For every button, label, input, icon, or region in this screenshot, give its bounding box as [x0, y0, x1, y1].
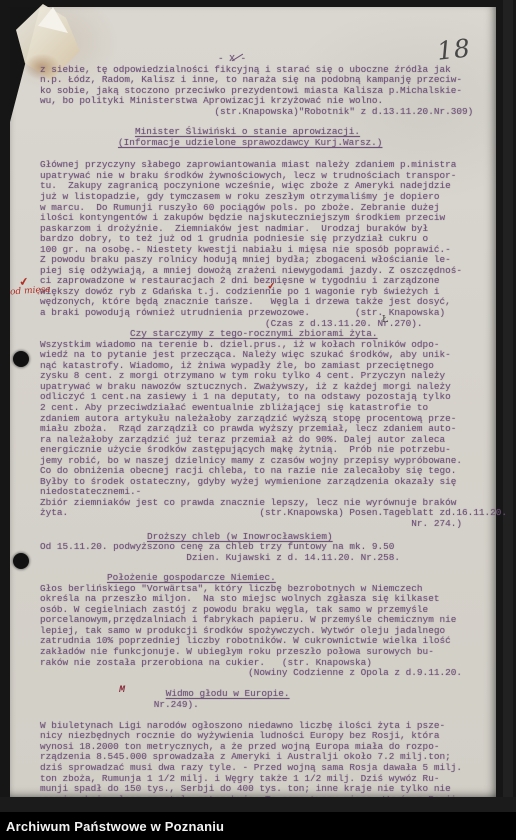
scan-shadow-band: [0, 797, 516, 812]
paragraph-zyto: Wszystkim wiadomo na terenie b. dziel.pr…: [40, 340, 492, 530]
typewritten-text-column: - X - z siebie, tę odpowiedzialności fik…: [40, 54, 492, 837]
archive-watermark-label: Archiwum Państwowe w Poznaniu: [6, 819, 224, 834]
scan-background-strip: [503, 0, 513, 812]
page-header-mark: - X -: [218, 54, 246, 65]
red-inline-checkmark-icon: ✔: [267, 279, 276, 294]
hole-punch-top: [13, 351, 29, 367]
heading-minister-subtitle: (Informacje udzielone sprawozdawcy Kurj.…: [118, 138, 492, 149]
archive-watermark-bar: Archiwum Państwowe w Poznaniu: [0, 812, 516, 840]
paragraph-minister: Głównej przyczyny słabego zaprowiantowan…: [40, 160, 492, 329]
paragraph-chleb: Od 15.11.20. podwyższono cenę za chleb t…: [40, 542, 492, 563]
paragraph-intro: z siebie, tę odpowiedzialności fikcyjną …: [40, 65, 492, 118]
handwritten-insertion-mark: M: [119, 685, 125, 696]
hole-punch-bottom: [13, 553, 29, 569]
heading-widmo-glodu-row: Widmo głodu w Europie. Nr.249).: [40, 679, 492, 721]
paragraph-niemcy: Głos berlińskiego "Vorwärtsa", który lic…: [40, 584, 492, 679]
red-margin-annotation: ✔ od mięsa: [10, 275, 54, 296]
attribution-glod-nr: Nr.249).: [154, 699, 199, 710]
document-page: 18 - X - z siebie, tę odpowiedzialności …: [10, 7, 496, 797]
pencil-heading-mark: Ł: [382, 315, 388, 325]
red-margin-note: od mięsa: [10, 284, 55, 297]
